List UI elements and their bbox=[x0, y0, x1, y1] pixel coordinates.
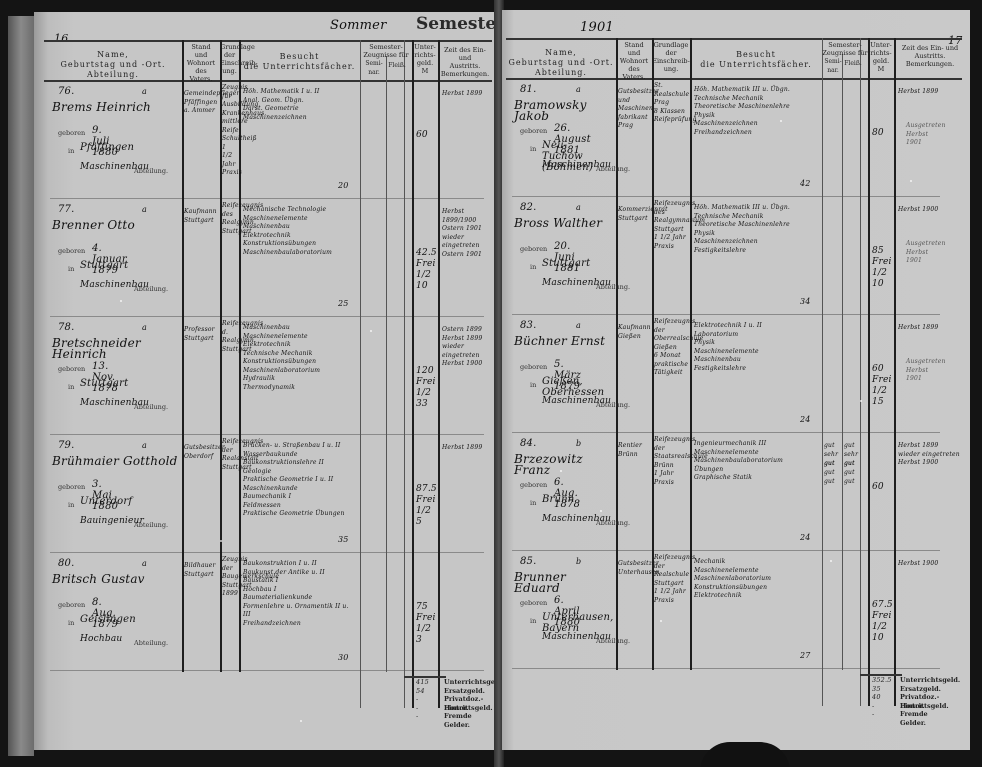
enrollment-basis: Reifezeugnis der Oberrealschule Gießen 6… bbox=[654, 318, 689, 378]
weekly-hours: 34 bbox=[800, 296, 811, 307]
entry-letter: a bbox=[576, 320, 581, 331]
row-separator bbox=[50, 552, 484, 553]
tuition-fee: 42.5 Frei 1/2 10 bbox=[416, 248, 438, 292]
entry-letter: a bbox=[576, 202, 581, 213]
born-label: geboren bbox=[58, 246, 85, 257]
season-handwritten: Sommer bbox=[330, 18, 387, 33]
entry-number: 82. bbox=[520, 202, 537, 213]
in-label: in bbox=[530, 498, 536, 509]
header-zeugnisse: Semester- Zeugnisse für bbox=[360, 43, 412, 59]
right-page: 1901 17 Name, Geburtstag und -Ort. Abtei… bbox=[502, 10, 970, 750]
in-label: in bbox=[68, 382, 74, 393]
student-name: Bretschneider Heinrich bbox=[52, 338, 180, 360]
header-bottom-border bbox=[44, 80, 492, 82]
year-handwritten: 1901 bbox=[580, 20, 614, 35]
entry-exit-time: Herbst 1900 bbox=[898, 206, 964, 215]
column-divider bbox=[868, 38, 870, 706]
header-stand: Stand und Wohnort des Vaters. bbox=[616, 41, 652, 81]
remark: Ausgetreten Herbst 1901 bbox=[906, 358, 946, 384]
tuition-fee: 120 Frei 1/2 33 bbox=[416, 366, 438, 410]
enrollment-basis: Reifezeugnis d. Realgymn. Stuttgart bbox=[222, 320, 238, 354]
entry-letter: a bbox=[142, 558, 147, 569]
weekly-hours: 27 bbox=[800, 650, 811, 661]
born-label: geboren bbox=[520, 480, 547, 491]
column-divider bbox=[690, 38, 692, 670]
subjects-attended: Höh. Mathematik I u. II Anal. Geom. Übgn… bbox=[243, 88, 356, 122]
subjects-attended: Elektrotechnik I u. II Laboratorium Phys… bbox=[694, 322, 818, 373]
total-label: Unterrichtsgeld. bbox=[444, 678, 496, 687]
column-divider bbox=[386, 56, 387, 672]
student-name: Brunner Eduard bbox=[514, 572, 614, 594]
column-divider bbox=[894, 38, 896, 706]
row-separator bbox=[50, 316, 484, 317]
weekly-hours: 35 bbox=[338, 534, 349, 545]
total-value: 352.5 bbox=[872, 676, 892, 685]
total-label: Fremde Gelder. bbox=[900, 710, 928, 727]
student-name: Brzezowitz Franz bbox=[514, 454, 614, 476]
tuition-fee: 75 Frei 1/2 3 bbox=[416, 602, 438, 646]
tuition-fee: 67.5 Frei 1/2 10 bbox=[872, 600, 894, 644]
student-name: Bramowsky Jakob bbox=[514, 100, 614, 122]
enrollment-basis: Reifezeugnis der Realanstalt Stuttgart bbox=[222, 438, 238, 472]
book-edge bbox=[8, 16, 34, 756]
father-occupation: Kommerzienrat Stuttgart bbox=[618, 206, 651, 223]
enrollment-basis: St. Realschule Prag 8 Klassen Reifeprüfu… bbox=[654, 82, 689, 125]
total-value: - bbox=[416, 712, 418, 721]
total-value: - bbox=[872, 702, 874, 711]
total-value: - bbox=[416, 704, 418, 713]
entry-exit-time: Herbst 1899 bbox=[898, 324, 964, 333]
remark: Ausgetreten Herbst 1901 bbox=[906, 122, 946, 148]
header-zeugnisse-fleiss: Fleiß. bbox=[844, 60, 862, 69]
entry-letter: a bbox=[142, 86, 147, 97]
grade-fleiss: gut bbox=[844, 460, 855, 469]
tuition-fee: 60 bbox=[416, 130, 438, 141]
dust-speck bbox=[220, 540, 222, 542]
enrollment-basis: Reifezeugnis des Realgymnasium Stuttgart… bbox=[654, 200, 689, 251]
father-occupation: Bildhauer Stuttgart bbox=[184, 562, 219, 579]
grade-fleiss: gut bbox=[844, 469, 855, 478]
grade-fleiss: gut bbox=[844, 478, 855, 487]
header-zeugnisse: Semester- Zeugnisse für bbox=[822, 41, 868, 57]
row-separator bbox=[512, 432, 940, 433]
dust-speck bbox=[860, 400, 862, 402]
tuition-fee: 60 bbox=[872, 482, 894, 493]
father-occupation: Kaufmann Gießen bbox=[618, 324, 651, 341]
entry-exit-time: Herbst 1899 bbox=[898, 88, 964, 97]
header-unterrichtsgeld: Unter- richts- geld. M bbox=[868, 41, 894, 73]
in-label: in bbox=[530, 262, 536, 273]
in-label: in bbox=[68, 618, 74, 629]
entry-exit-time: Herbst 1899 wieder eingetreten Herbst 19… bbox=[898, 442, 964, 468]
total-label: Eintrittsgeld. bbox=[900, 702, 949, 711]
father-occupation: Gutsbesitzer Unterhausen bbox=[618, 560, 651, 577]
weekly-hours: 42 bbox=[800, 178, 811, 189]
in-label: in bbox=[530, 144, 536, 155]
entry-number: 84. bbox=[520, 438, 537, 449]
subjects-attended: Ingenieurmechanik III Maschinenelemente … bbox=[694, 440, 818, 483]
entry-exit-time: Herbst 1900 bbox=[898, 560, 964, 569]
left-page-number: 16 bbox=[54, 32, 68, 45]
tuition-fee: 87.5 Frei 1/2 5 bbox=[416, 484, 438, 528]
column-divider bbox=[360, 40, 361, 708]
row-separator bbox=[50, 670, 484, 671]
father-occupation: Rentier Brünn bbox=[618, 442, 651, 459]
birth-place: Stuttgart bbox=[80, 260, 128, 271]
weekly-hours: 24 bbox=[800, 532, 811, 543]
abteilung-label: Abteilung. bbox=[596, 164, 630, 175]
born-label: geboren bbox=[520, 244, 547, 255]
header-zeugnisse-fleiss: Fleiß. bbox=[388, 62, 406, 71]
entry-number: 79. bbox=[58, 440, 75, 451]
header-grundlage: Grundlage der Einschreib- ung. bbox=[652, 41, 690, 73]
ledger-spread: 16 Sommer Semester Name, Geburtstag und … bbox=[0, 0, 982, 767]
column-divider bbox=[438, 40, 440, 708]
subjects-attended: Maschinenbau Maschinenelemente Elektrote… bbox=[243, 324, 356, 392]
abteilung-label: Abteilung. bbox=[596, 636, 630, 647]
dust-speck bbox=[830, 560, 832, 562]
entry-exit-time: Herbst 1899 bbox=[442, 90, 490, 99]
father-occupation: Professor Stuttgart bbox=[184, 326, 219, 343]
abteilung-label: Abteilung. bbox=[596, 518, 630, 529]
left-page: 16 Sommer Semester Name, Geburtstag und … bbox=[34, 12, 496, 750]
grade-seminar: gut bbox=[824, 469, 835, 478]
grade-seminar: gut bbox=[824, 460, 835, 469]
in-label: in bbox=[530, 380, 536, 391]
column-divider bbox=[860, 38, 861, 706]
column-divider bbox=[404, 40, 405, 708]
department: Hochbau bbox=[80, 634, 122, 645]
table-top-border bbox=[44, 40, 492, 42]
column-divider bbox=[822, 38, 823, 706]
father-occupation: Kaufmann Stuttgart bbox=[184, 208, 219, 225]
enrollment-basis: Zeugnis der Baugewerkschule Stuttgart 18… bbox=[222, 556, 238, 599]
entry-exit-time: Herbst 1899 bbox=[442, 444, 490, 453]
dust-speck bbox=[120, 300, 122, 302]
born-label: geboren bbox=[58, 128, 85, 139]
document-title: Semester bbox=[416, 14, 496, 34]
student-name: Bross Walther bbox=[514, 218, 614, 229]
header-grundlage: Grundlage der Einschreib- ung. bbox=[220, 43, 239, 75]
birth-place: Unterdorf bbox=[80, 496, 132, 507]
subjects-attended: Baukonstruktion I u. II Baukunst der Ant… bbox=[243, 560, 356, 628]
birth-place: Geislingen bbox=[80, 614, 136, 625]
header-zeit: Zeit des Ein- und Austritts. Bemerkungen… bbox=[438, 46, 492, 78]
header-besucht: Besucht die Unterrichtsfächer. bbox=[690, 50, 822, 70]
grade-seminar: gut bbox=[824, 442, 835, 451]
dust-speck bbox=[370, 330, 372, 332]
student-name: Brems Heinrich bbox=[52, 102, 180, 113]
abteilung-label: Abteilung. bbox=[596, 400, 630, 411]
enrollment-basis: Reifezeugnis der Staatsrealschule Brünn … bbox=[654, 436, 689, 487]
tuition-fee: 60 Frei 1/2 15 bbox=[872, 364, 894, 408]
entry-number: 83. bbox=[520, 320, 537, 331]
entry-number: 76. bbox=[58, 86, 75, 97]
header-zeugnisse-seminar: Semi- nar. bbox=[824, 58, 842, 75]
header-besucht: Besucht die Unterrichtsfächer. bbox=[239, 52, 360, 72]
birth-place: Unterhausen, Bayern bbox=[542, 612, 614, 634]
subjects-attended: Brücken- u. Straßenbau I u. II Wasserbau… bbox=[243, 442, 356, 519]
entry-exit-time: Herbst 1899/1900 Ostern 1901 wieder eing… bbox=[442, 208, 490, 259]
total-value: 35 bbox=[872, 685, 881, 694]
birth-place: Stuttgart bbox=[542, 258, 590, 269]
total-label: Fremde Gelder. bbox=[444, 712, 472, 729]
birth-place: Pfäffingen bbox=[80, 142, 134, 153]
entry-letter: a bbox=[142, 440, 147, 451]
birth-place: Brünn bbox=[542, 494, 574, 505]
student-name: Brühmaier Gotthold bbox=[52, 456, 180, 467]
dust-speck bbox=[560, 470, 562, 472]
total-value: 415 bbox=[416, 678, 429, 687]
entry-number: 77. bbox=[58, 204, 75, 215]
in-label: in bbox=[68, 500, 74, 511]
born-label: geboren bbox=[520, 598, 547, 609]
subjects-attended: Mechanik Maschinenelemente Maschinenlabo… bbox=[694, 558, 818, 601]
header-zeit: Zeit des Ein- und Austritts. Bemerkungen… bbox=[894, 44, 966, 68]
student-name: Büchner Ernst bbox=[514, 336, 614, 347]
student-name: Britsch Gustav bbox=[52, 574, 180, 585]
total-label: Unterrichtsgeld. bbox=[900, 676, 960, 685]
born-label: geboren bbox=[520, 126, 547, 137]
abteilung-label: Abteilung. bbox=[134, 402, 168, 413]
abteilung-label: Abteilung. bbox=[134, 284, 168, 295]
entry-letter: b bbox=[576, 438, 581, 449]
total-label: Ersatzgeld. bbox=[900, 685, 941, 694]
in-label: in bbox=[68, 264, 74, 275]
weekly-hours: 24 bbox=[800, 414, 811, 425]
row-separator bbox=[50, 434, 484, 435]
tuition-fee: 85 Frei 1/2 10 bbox=[872, 246, 894, 290]
dust-speck bbox=[910, 180, 912, 182]
total-value: - bbox=[872, 710, 874, 719]
row-separator bbox=[512, 196, 940, 197]
birth-place: Stuttgart bbox=[80, 378, 128, 389]
header-name: Name, Geburtstag und -Ort. Abteilung. bbox=[44, 50, 182, 80]
enrollment-basis: Reifezeugnis des Realgymn. Stuttgart bbox=[222, 202, 238, 236]
dust-speck bbox=[420, 260, 422, 262]
enrollment-basis: Zeugnis für Ausbildung Krankenhaus mittl… bbox=[222, 84, 238, 178]
entry-number: 81. bbox=[520, 84, 537, 95]
weekly-hours: 20 bbox=[338, 180, 349, 191]
total-label: Eintrittsgeld. bbox=[444, 704, 493, 713]
entry-letter: b bbox=[576, 556, 581, 567]
father-occupation: Gemeindepfleger Pfäffingen a. Ammer bbox=[184, 90, 219, 116]
subjects-attended: Höh. Mathematik III u. Übgn. Technische … bbox=[694, 86, 818, 137]
subjects-attended: Mechanische Technologie Maschinenelement… bbox=[243, 206, 356, 257]
born-label: geboren bbox=[520, 362, 547, 373]
father-occupation: Gutsbesitzer und Maschinen- fabrikant Pr… bbox=[618, 88, 651, 131]
grade-fleiss: gut bbox=[844, 442, 855, 451]
header-name: Name, Geburtstag und -Ort. Abteilung. bbox=[506, 48, 616, 78]
abteilung-label: Abteilung. bbox=[134, 638, 168, 649]
born-label: geboren bbox=[58, 364, 85, 375]
entry-number: 80. bbox=[58, 558, 75, 569]
in-label: in bbox=[68, 146, 74, 157]
birth-place: Gießen, Oberhessen bbox=[542, 376, 604, 398]
father-occupation: Gutsbesitzer Oberdorf bbox=[184, 444, 219, 461]
column-divider bbox=[842, 54, 843, 670]
header-zeugnisse-seminar: Semi- nar. bbox=[362, 60, 386, 77]
abteilung-label: Abteilung. bbox=[596, 282, 630, 293]
row-separator bbox=[50, 198, 484, 199]
born-label: geboren bbox=[58, 482, 85, 493]
entry-exit-time: Ostern 1899 Herbst 1899 wieder eingetret… bbox=[442, 326, 490, 369]
entry-number: 85. bbox=[520, 556, 537, 567]
weekly-hours: 25 bbox=[338, 298, 349, 309]
dust-speck bbox=[300, 720, 302, 722]
abteilung-label: Abteilung. bbox=[134, 520, 168, 531]
dust-speck bbox=[600, 510, 602, 512]
row-separator bbox=[512, 668, 940, 669]
enrollment-basis: Reifezeugnis der Realschule Stuttgart 1 … bbox=[654, 554, 689, 605]
entry-letter: a bbox=[142, 322, 147, 333]
row-separator bbox=[512, 314, 940, 315]
subjects-attended: Höh. Mathematik III u. Übgn. Technische … bbox=[694, 204, 818, 255]
dust-speck bbox=[660, 620, 662, 622]
header-stand: Stand und Wohnort des Vaters. bbox=[182, 43, 220, 83]
student-name: Brenner Otto bbox=[52, 220, 180, 231]
abteilung-label: Abteilung. bbox=[134, 166, 168, 177]
row-separator bbox=[512, 550, 940, 551]
weekly-hours: 30 bbox=[338, 652, 349, 663]
dust-speck bbox=[780, 120, 782, 122]
total-value: 54 bbox=[416, 687, 425, 696]
total-value: - bbox=[416, 695, 418, 704]
total-label: Ersatzgeld. bbox=[444, 687, 485, 696]
header-unterrichtsgeld: Unter- richts- geld. M bbox=[412, 43, 438, 75]
entry-letter: a bbox=[142, 204, 147, 215]
grade-seminar: gut bbox=[824, 478, 835, 487]
born-label: geboren bbox=[58, 600, 85, 611]
entry-letter: a bbox=[576, 84, 581, 95]
remark: Ausgetreten Herbst 1901 bbox=[906, 240, 946, 266]
tuition-fee: 80 bbox=[872, 128, 894, 139]
column-divider bbox=[412, 40, 414, 708]
total-value: 40 bbox=[872, 693, 881, 702]
in-label: in bbox=[530, 616, 536, 627]
entry-number: 78. bbox=[58, 322, 75, 333]
